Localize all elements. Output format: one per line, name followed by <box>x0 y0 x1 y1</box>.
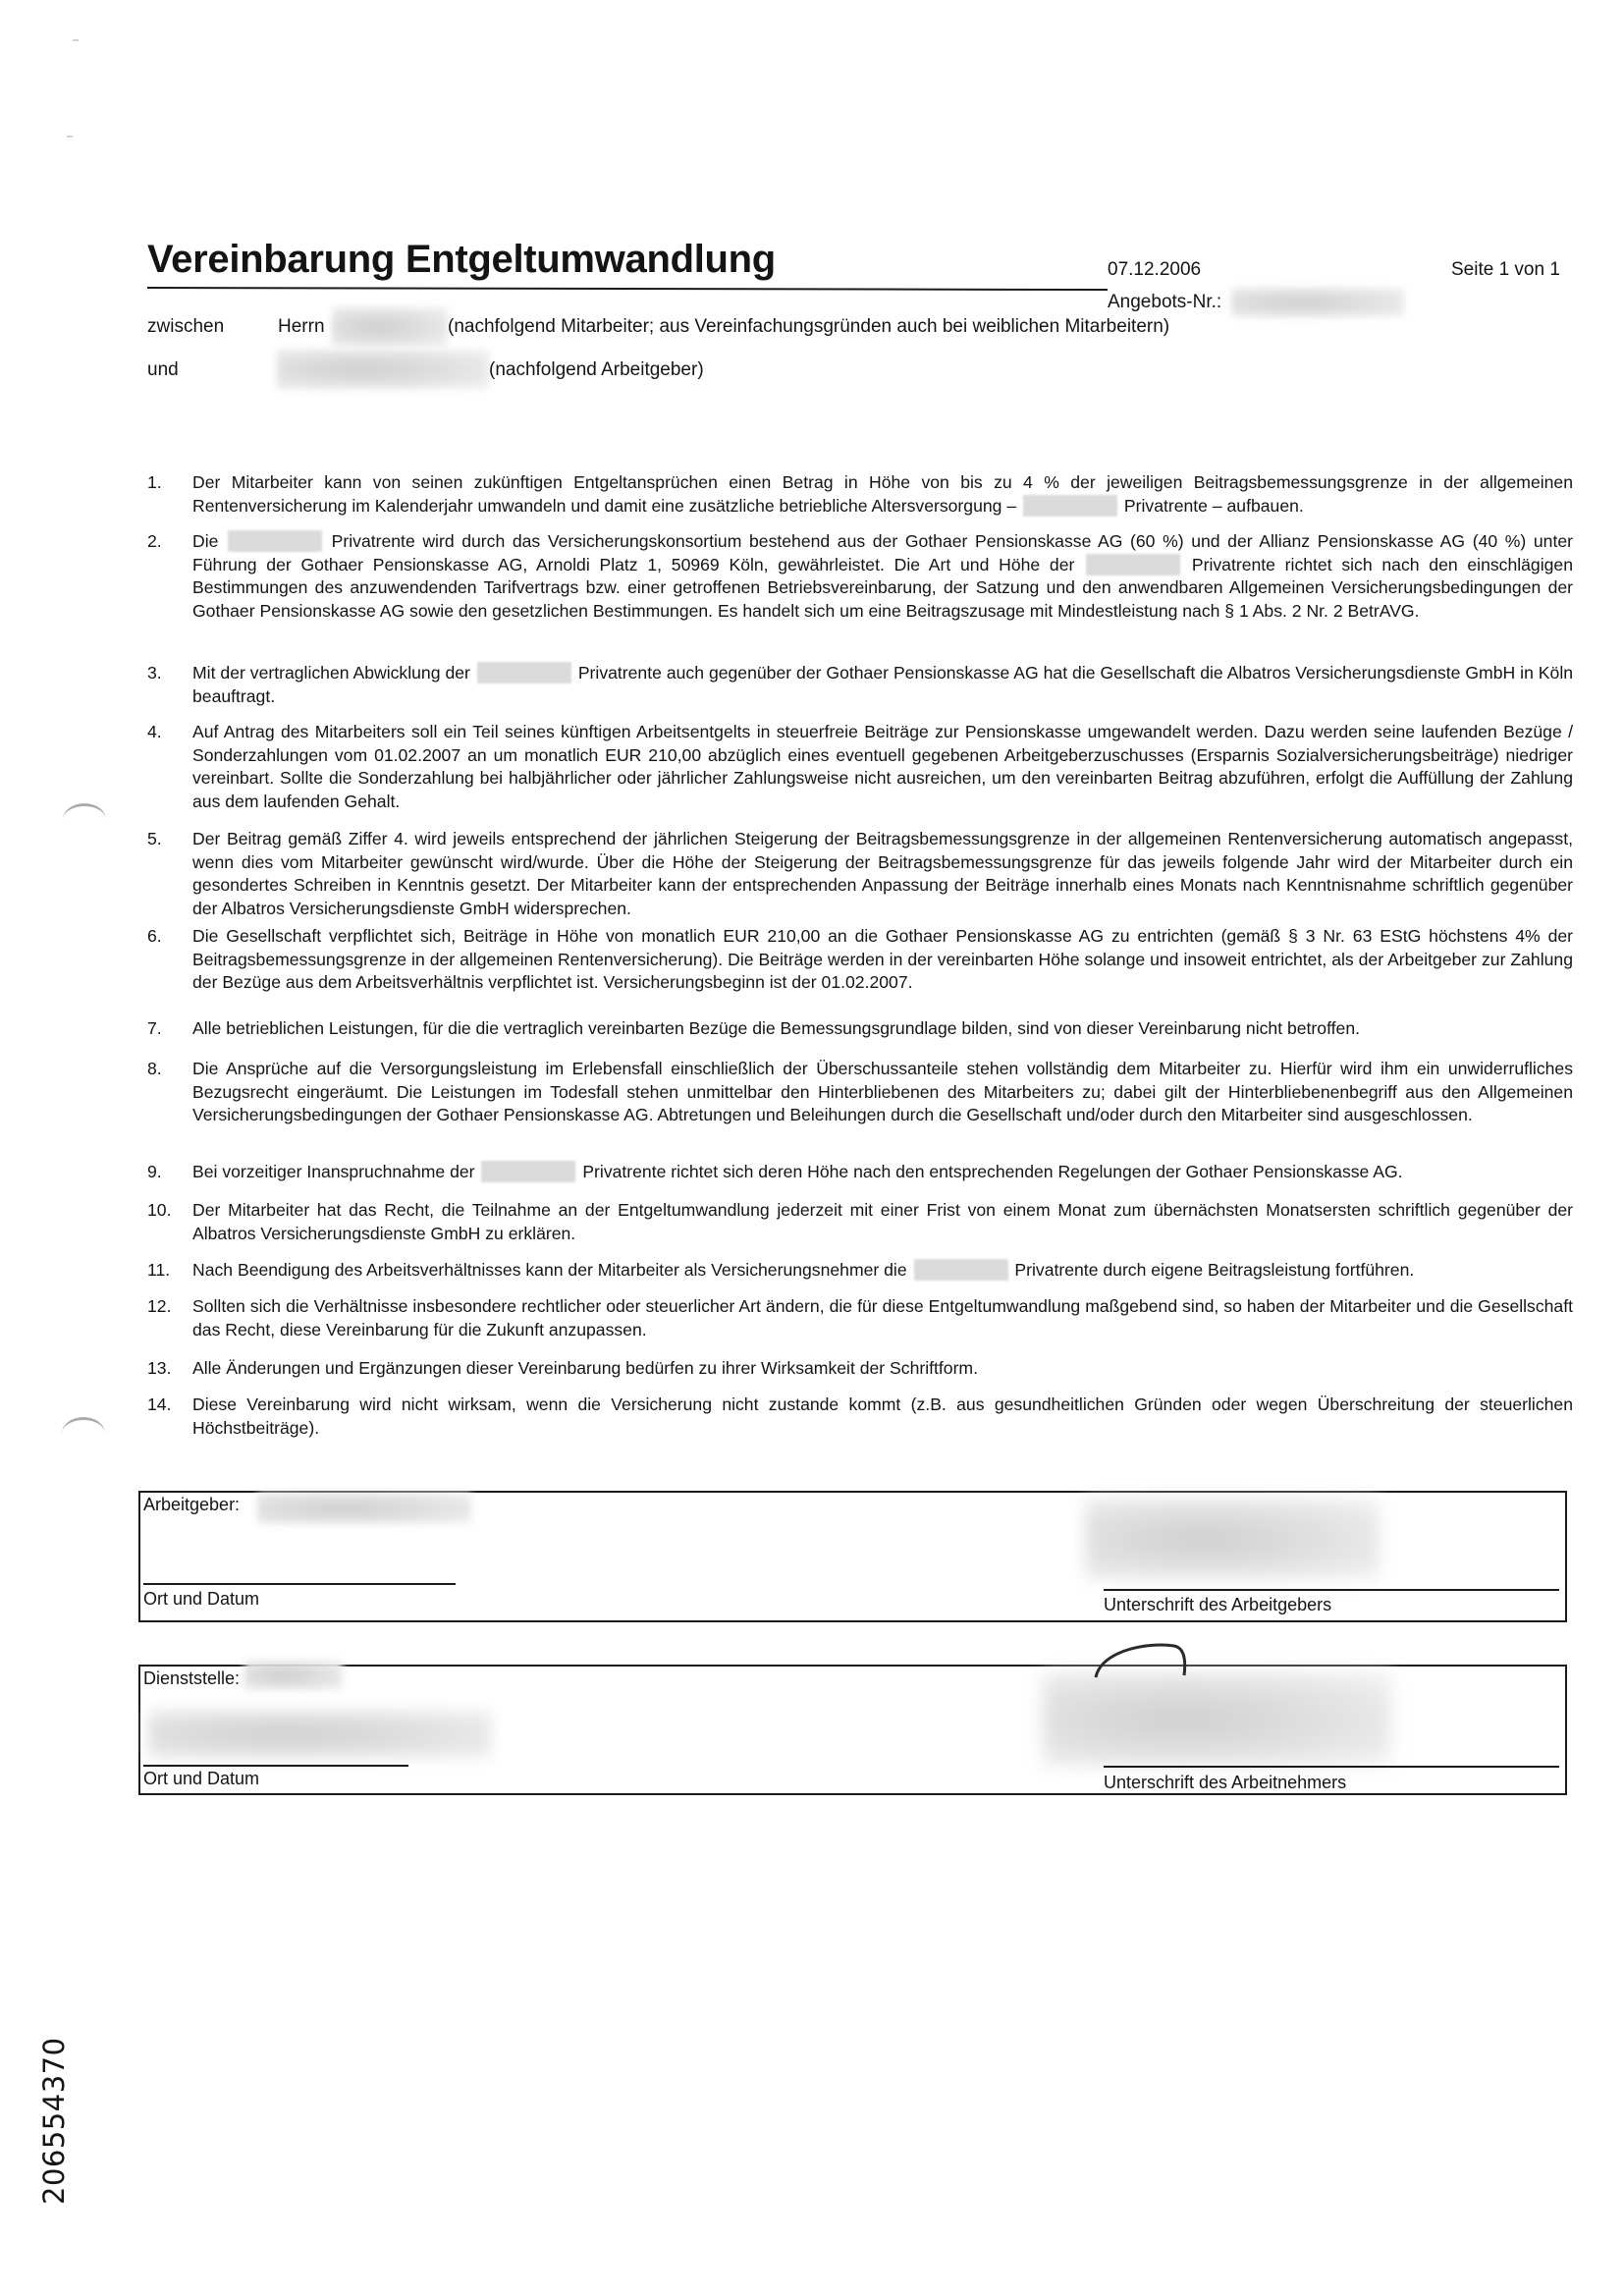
clause-text: Alle betrieblichen Leistungen, für die d… <box>192 1017 1573 1041</box>
clause-number: 10. <box>147 1199 187 1223</box>
employer-name-redacted <box>257 1493 471 1524</box>
clause-text-part: Diese Vereinbarung wird nicht wirksam, w… <box>192 1394 1573 1438</box>
clause-text-part: Auf Antrag des Mitarbeiters soll ein Tei… <box>192 722 1573 811</box>
clause-text-part: Die Gesellschaft verpflichtet sich, Beit… <box>192 926 1573 992</box>
clause-number: 12. <box>147 1295 187 1319</box>
clause-text-part: Der Mitarbeiter hat das Recht, die Teiln… <box>192 1200 1573 1243</box>
clause-text: Der Mitarbeiter kann von seinen zukünfti… <box>192 471 1573 518</box>
product-name-redacted <box>477 662 571 683</box>
employee-signature-caption: Unterschrift des Arbeitnehmers <box>1104 1773 1346 1793</box>
offer-number-label: Angebots-Nr.: <box>1108 292 1221 313</box>
clause-text-part: Privatrente richtet sich deren Höhe nach… <box>582 1162 1402 1181</box>
clause-1: 1.Der Mitarbeiter kann von seinen zukünf… <box>147 471 1573 518</box>
document-date: 07.12.2006 <box>1108 259 1201 281</box>
clause-number: 7. <box>147 1017 187 1041</box>
employee-signature-box: Dienststelle: Ort und Datum Unterschrift… <box>138 1665 1567 1795</box>
place-date-line <box>143 1765 408 1767</box>
clause-5: 5.Der Beitrag gemäß Ziffer 4. wird jewei… <box>147 828 1573 920</box>
employee-note: (nachfolgend Mitarbeiter; aus Vereinfach… <box>448 316 1169 338</box>
clause-text: Mit der vertraglichen Abwicklung der Pri… <box>192 662 1573 708</box>
clause-text-part: Der Beitrag gemäß Ziffer 4. wird jeweils… <box>192 829 1573 918</box>
employer-signature-box: Arbeitgeber: Ort und Datum Unterschrift … <box>138 1491 1567 1622</box>
clause-text-part: Die <box>192 531 218 551</box>
clause-text: Nach Beendigung des Arbeitsverhältnisses… <box>192 1259 1573 1283</box>
place-date-redacted[interactable] <box>148 1710 492 1759</box>
clause-text-part: Privatrente durch eigene Beitragsleistun… <box>1014 1260 1414 1280</box>
product-name-redacted <box>1086 554 1180 575</box>
signature-stroke-icon <box>1090 1640 1208 1679</box>
clause-text: Bei vorzeitiger Inanspruchnahme der Priv… <box>192 1161 1573 1184</box>
clause-text-part: Der Mitarbeiter kann von seinen zukünfti… <box>192 472 1573 516</box>
employer-signature-line <box>1104 1589 1559 1591</box>
clause-number: 14. <box>147 1394 187 1417</box>
department-label: Dienststelle: <box>143 1668 240 1689</box>
employee-name-redacted <box>332 307 448 347</box>
clause-number: 5. <box>147 828 187 851</box>
place-date-caption: Ort und Datum <box>143 1589 259 1610</box>
scan-mark <box>67 136 73 137</box>
employer-label: Arbeitgeber: <box>143 1495 240 1515</box>
product-name-redacted <box>481 1161 575 1182</box>
clause-text-part: Alle Änderungen und Ergänzungen dieser V… <box>192 1358 978 1378</box>
clause-text-part: Privatrente – aufbauen. <box>1124 496 1304 516</box>
document-title: Vereinbarung Entgeltumwandlung <box>147 238 776 282</box>
offer-number-redacted <box>1231 288 1404 317</box>
clause-number: 11. <box>147 1259 187 1283</box>
clause-14: 14.Diese Vereinbarung wird nicht wirksam… <box>147 1394 1573 1440</box>
employer-signature-redacted[interactable] <box>1085 1499 1380 1579</box>
clause-text: Alle Änderungen und Ergänzungen dieser V… <box>192 1357 1573 1381</box>
clause-9: 9.Bei vorzeitiger Inanspruchnahme der Pr… <box>147 1161 1573 1184</box>
clause-text-part: Alle betrieblichen Leistungen, für die d… <box>192 1018 1360 1038</box>
clause-text-part: Mit der vertraglichen Abwicklung der <box>192 663 470 683</box>
clause-text: Auf Antrag des Mitarbeiters soll ein Tei… <box>192 721 1573 813</box>
employee-salutation: Herrn <box>278 316 325 338</box>
clause-text-part: Die Ansprüche auf die Versorgungsleistun… <box>192 1059 1573 1124</box>
clause-text-part: Nach Beendigung des Arbeitsverhältnisses… <box>192 1260 907 1280</box>
punch-hole-mark <box>63 803 106 836</box>
clause-4: 4.Auf Antrag des Mitarbeiters soll ein T… <box>147 721 1573 813</box>
employee-signature-line <box>1104 1766 1559 1768</box>
clause-text: Die Privatrente wird durch das Versicher… <box>192 530 1573 623</box>
clause-text: Diese Vereinbarung wird nicht wirksam, w… <box>192 1394 1573 1440</box>
place-date-caption: Ort und Datum <box>143 1769 259 1789</box>
clause-2: 2.Die Privatrente wird durch das Versich… <box>147 530 1573 623</box>
clause-13: 13.Alle Änderungen und Ergänzungen diese… <box>147 1357 1573 1381</box>
clause-7: 7.Alle betrieblichen Leistungen, für die… <box>147 1017 1573 1041</box>
document-number: 206554370 <box>37 2037 71 2205</box>
punch-hole-mark <box>62 1417 105 1449</box>
employer-note: (nachfolgend Arbeitgeber) <box>489 359 704 381</box>
product-name-redacted <box>1023 495 1117 517</box>
clause-text: Die Ansprüche auf die Versorgungsleistun… <box>192 1058 1573 1127</box>
clause-number: 4. <box>147 721 187 744</box>
clause-text-part: Sollten sich die Verhältnisse insbesonde… <box>192 1296 1573 1339</box>
clause-text: Der Mitarbeiter hat das Recht, die Teiln… <box>192 1199 1573 1245</box>
employee-signature-redacted[interactable] <box>1043 1672 1391 1766</box>
between-label: zwischen <box>147 316 224 338</box>
department-redacted <box>244 1661 343 1690</box>
clause-10: 10.Der Mitarbeiter hat das Recht, die Te… <box>147 1199 1573 1245</box>
clause-number: 2. <box>147 530 187 554</box>
clause-number: 8. <box>147 1058 187 1081</box>
place-date-line <box>143 1583 456 1585</box>
clause-text: Die Gesellschaft verpflichtet sich, Beit… <box>192 925 1573 995</box>
clause-number: 3. <box>147 662 187 685</box>
clause-number: 1. <box>147 471 187 495</box>
employer-name-redacted <box>277 350 489 389</box>
clause-number: 6. <box>147 925 187 949</box>
clause-number: 13. <box>147 1357 187 1381</box>
and-label: und <box>147 359 179 381</box>
clause-12: 12.Sollten sich die Verhältnisse insbeso… <box>147 1295 1573 1341</box>
clause-text-part: Bei vorzeitiger Inanspruchnahme der <box>192 1162 475 1181</box>
scan-mark <box>73 39 79 41</box>
clause-6: 6.Die Gesellschaft verpflichtet sich, Be… <box>147 925 1573 995</box>
clause-number: 9. <box>147 1161 187 1184</box>
title-underline <box>147 287 1108 291</box>
clause-8: 8.Die Ansprüche auf die Versorgungsleist… <box>147 1058 1573 1127</box>
product-name-redacted <box>914 1259 1008 1281</box>
page-indicator: Seite 1 von 1 <box>1451 259 1560 281</box>
employer-signature-caption: Unterschrift des Arbeitgebers <box>1104 1595 1331 1615</box>
clause-11: 11.Nach Beendigung des Arbeitsverhältnis… <box>147 1259 1573 1283</box>
clause-3: 3.Mit der vertraglichen Abwicklung der P… <box>147 662 1573 708</box>
product-name-redacted <box>228 530 322 552</box>
clause-text: Sollten sich die Verhältnisse insbesonde… <box>192 1295 1573 1341</box>
clause-text: Der Beitrag gemäß Ziffer 4. wird jeweils… <box>192 828 1573 920</box>
